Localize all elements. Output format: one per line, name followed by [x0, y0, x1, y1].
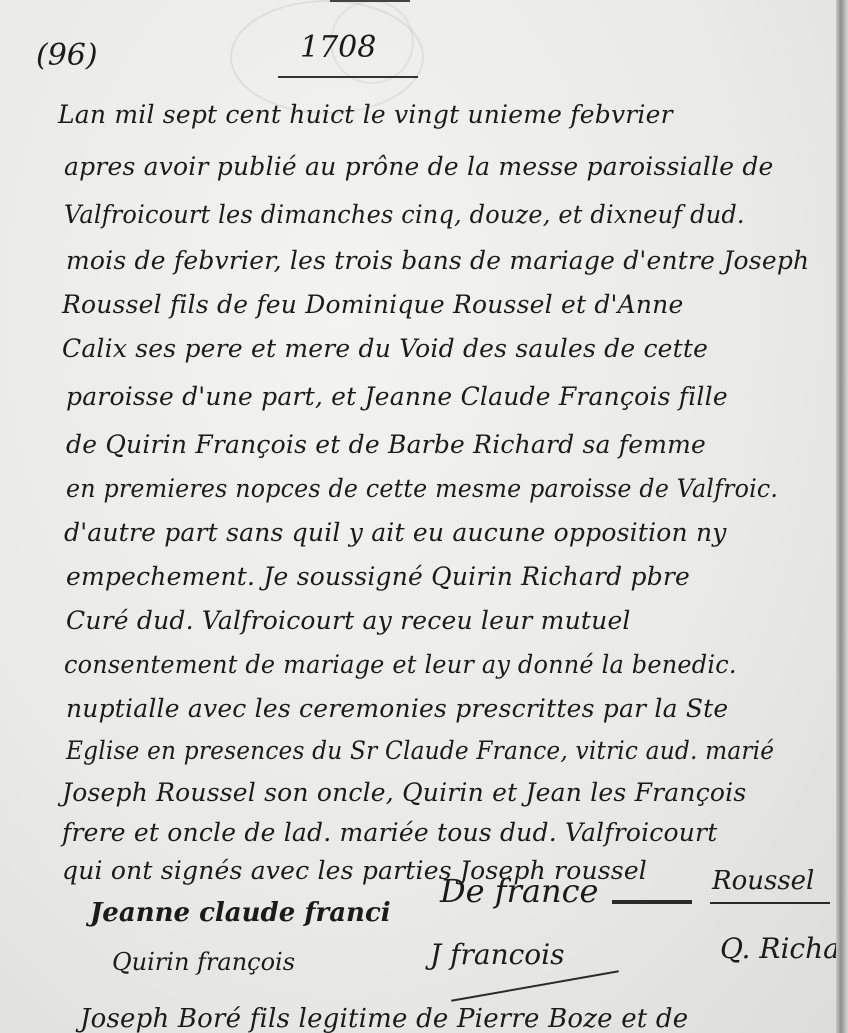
body-line: Curé dud. Valfroicourt ay receu leur mut… — [66, 606, 631, 635]
signature-roussel: Roussel — [712, 866, 814, 896]
body-line: Lan mil sept cent huict le vingt unieme … — [58, 100, 673, 129]
signature-j-francois: J francois — [430, 938, 564, 971]
body-line: apres avoir publié au prône de la messe … — [64, 152, 774, 181]
body-line: frere et oncle de lad. mariée tous dud. … — [62, 818, 717, 847]
body-line: paroisse d'une part, et Jeanne Claude Fr… — [66, 382, 728, 411]
page-binding-edge — [836, 0, 848, 1033]
top-ink-mark — [330, 0, 410, 2]
signature-flourish — [451, 970, 619, 1001]
body-line: Valfroicourt les dimanches cinq, douze, … — [64, 200, 745, 229]
year-heading: 1708 — [300, 30, 376, 65]
signature-jeanne-claude-francois: Jeanne claude franci — [90, 898, 391, 928]
signature-quirin-francois: Quirin françois — [112, 948, 295, 976]
next-entry-line: Joseph Boré fils legitime de Pierre Boze… — [80, 1004, 688, 1033]
signature-q-richard: Q. Richard — [720, 932, 848, 965]
body-line: Roussel fils de feu Dominique Roussel et… — [62, 290, 683, 319]
register-page: (96) 1708 Lan mil sept cent huict le vin… — [0, 0, 848, 1033]
ink-stroke — [612, 900, 692, 904]
body-line: Calix ses pere et mere du Void des saule… — [62, 334, 708, 363]
body-line: mois de febvrier, les trois bans de mari… — [66, 246, 809, 275]
body-line: de Quirin François et de Barbe Richard s… — [66, 430, 706, 459]
signature-underline — [710, 902, 830, 904]
signature-de-france: De france — [440, 872, 598, 910]
body-line: d'autre part sans quil y ait eu aucune o… — [64, 518, 727, 547]
year-underline — [278, 76, 418, 78]
body-line: Joseph Roussel son oncle, Quirin et Jean… — [62, 778, 746, 807]
body-line: consentement de mariage et leur ay donné… — [64, 650, 737, 679]
body-line: empechement. Je soussigné Quirin Richard… — [66, 562, 690, 591]
body-line: en premieres nopces de cette mesme paroi… — [66, 474, 778, 503]
folio-number: (96) — [36, 38, 98, 73]
body-line: nuptialle avec les ceremonies prescritte… — [66, 694, 728, 723]
body-line: Eglise en presences du Sr Claude France,… — [66, 736, 774, 765]
